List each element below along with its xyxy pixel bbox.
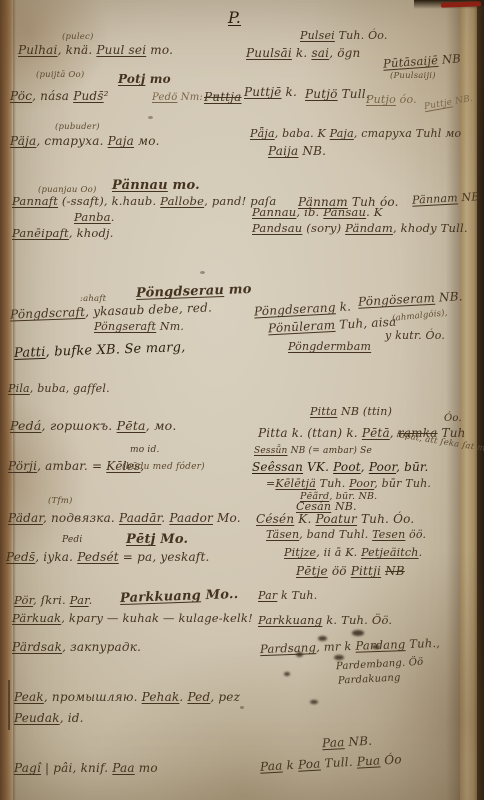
- text-segment: =: [266, 477, 275, 490]
- text-segment: Pulhai: [18, 43, 58, 57]
- text-segment: Poor: [369, 460, 396, 474]
- text-segment: , ögn: [329, 46, 360, 60]
- entry-poec-right3: Putjo óo.: [366, 94, 417, 105]
- text-segment: k: [282, 758, 298, 773]
- entry-poec-head: Potj mo: [118, 73, 171, 85]
- text-segment: , khody Tull.: [393, 221, 468, 235]
- text-segment: Pändam: [345, 221, 393, 235]
- entry-pannaft-left1: Pannaft (-ssaft), k.haub. Pallobe, pand!…: [12, 196, 276, 208]
- entry-pulhai-right2-note: (Puulsaiji): [390, 72, 436, 81]
- text-segment: Mo.: [213, 511, 241, 525]
- text-segment: :ahaft: [80, 294, 106, 304]
- text-segment: , мо.: [146, 418, 177, 433]
- text-segment: NB (= ambar) Se: [288, 446, 373, 456]
- text-segment: , ii ā K.: [316, 546, 361, 559]
- text-segment: Nm.: [156, 320, 184, 333]
- text-segment: Pagî: [14, 761, 41, 775]
- text-segment: Pännau: [112, 178, 168, 193]
- text-segment: mo.: [146, 43, 173, 57]
- text-segment: , id.: [60, 711, 84, 725]
- text-segment: (-ssaft), k.haub.: [58, 194, 160, 208]
- text-segment: Paa: [112, 761, 134, 775]
- text-segment: , buba, gaffel.: [30, 382, 110, 395]
- text-segment: , ib.: [296, 205, 323, 219]
- entry-pannaft-head: Pännau mo.: [112, 179, 200, 192]
- entry-poengdscraft-left1: Pöngdscraft, ykasaub debe, red.: [10, 301, 212, 320]
- text-segment: Pandsau: [252, 221, 302, 235]
- text-segment: Poa: [298, 757, 321, 772]
- entry-poec-left: Pöc, nása Puds̄²: [10, 90, 109, 102]
- text-segment: Putjo: [366, 93, 396, 106]
- text-segment: Petjeäitch: [361, 546, 419, 559]
- text-segment: Panēipaft: [12, 226, 69, 240]
- entry-pannaft-left2: Panba.: [74, 212, 115, 224]
- entry-poengdscraft-left2: Pöngseraft Nm.: [94, 321, 184, 332]
- text-segment: (ahmalgóis),: [392, 308, 449, 324]
- text-segment: , bufke XB. Se marg,: [45, 340, 185, 360]
- text-segment: ²: [104, 89, 109, 103]
- entry-peds-right1: Pitjze, ii ā K. Petjeäitch.: [284, 547, 422, 558]
- text-segment: (būdu med fóder): [122, 462, 205, 472]
- entry-paedar-note: (Tfm): [48, 497, 73, 506]
- entry-pagi-right1: Paa k Poa Tull. Pua Óo: [260, 753, 402, 772]
- text-segment: Paador: [169, 511, 213, 525]
- entry-poengdscraft-head: Pöngdserau mo: [136, 283, 252, 300]
- text-segment: Pētā: [362, 426, 390, 440]
- text-segment: NB: [457, 190, 479, 204]
- text-segment: sai: [311, 46, 329, 60]
- entry-paedar-left: Pädar, подвязка. Paadār. Paador Mo.: [8, 512, 241, 524]
- entry-pannaft-right2: Pandsau (sory) Pändam, khody Tull.: [252, 223, 468, 235]
- entry-peds-note: Pedi: [62, 536, 82, 545]
- text-segment: , ykasaub debe, red.: [85, 300, 212, 318]
- text-segment: , kpary — kuhak — kulage-kelk!: [61, 611, 253, 625]
- text-segment: Pör: [14, 593, 33, 607]
- text-segment: Mo.: [156, 532, 189, 547]
- text-segment: Pannaft: [12, 194, 58, 208]
- text-segment: k. Tuh. Öö.: [322, 613, 392, 627]
- entry-poer-left1: Pör, ſkri. Par.: [14, 595, 92, 607]
- text-segment: Pardsang: [260, 640, 317, 656]
- text-segment: (pulec): [62, 32, 93, 42]
- text-segment: Pedö: [152, 92, 177, 103]
- text-segment: NB.: [344, 734, 372, 749]
- text-segment: Tull.: [320, 755, 357, 771]
- entry-poec-note: (puijtā Oo): [36, 71, 84, 80]
- entry-poec-left-mid: Pedö Nm:: [152, 93, 203, 103]
- text-segment: , промышляю.: [44, 690, 142, 704]
- entry-poerji-note-top: mo id.: [130, 446, 160, 455]
- text-segment: NB.: [435, 289, 463, 304]
- entry-peds-right2: Pētje öö Pittji NB: [296, 565, 405, 577]
- text-segment: Parkkuang: [120, 588, 201, 606]
- text-segment: Peudak: [14, 711, 60, 725]
- text-segment: , būr Tuh.: [374, 477, 431, 490]
- text-segment: .: [111, 210, 115, 224]
- text-segment: Tuh.,: [405, 636, 440, 651]
- text-segment: Pädar: [8, 511, 43, 525]
- entry-pulhai-right: Puulsāi k. sai, ögn: [246, 47, 360, 59]
- text-segment: Pētj: [126, 532, 156, 547]
- text-segment: mo.: [168, 178, 200, 193]
- entry-poengdscraft-right2: Pönūleram Tuh, aisa: [268, 316, 397, 335]
- entry-paeja-right1: Pǟja, baba. K Paja, старуха Tuhl мо: [250, 128, 461, 139]
- text-segment: , ſkri.: [33, 593, 70, 607]
- ink-smudge: [310, 700, 318, 704]
- text-segment: Puulsāi: [246, 46, 292, 60]
- text-segment: NB (ttin): [337, 405, 392, 418]
- entry-peak-left1: Peak, промышляю. Pehak. Ped, pez: [14, 691, 240, 703]
- text-segment: , band Tuhl.: [299, 528, 372, 541]
- text-segment: Paija: [268, 144, 298, 158]
- entry-pulhai-left: Pulhai, knä. Puul sei mo.: [18, 44, 173, 56]
- text-segment: y kutr. Óo.: [385, 329, 445, 342]
- entry-poengdscraft-right3: Pöngdermbam: [288, 341, 371, 352]
- entry-paeja-note: (pubuder): [55, 123, 100, 132]
- entry-poerji-right2: =Kēlētjä Tuh. Poor, būr Tuh.: [266, 478, 431, 489]
- text-segment: Puttjē: [244, 85, 281, 99]
- ink-smudge: [334, 655, 344, 660]
- text-segment: k.: [292, 46, 312, 60]
- text-segment: .: [89, 593, 93, 607]
- text-segment: Paadār: [119, 511, 161, 525]
- text-segment: Potj: [118, 72, 145, 86]
- text-segment: Pöngdermbam: [288, 340, 371, 353]
- entry-peda-left: Pedá, горшокъ. Pēta, мо.: [10, 420, 177, 433]
- text-segment: Päja: [10, 134, 36, 148]
- text-segment: Nm:: [177, 92, 203, 103]
- text-segment: Peds̄: [6, 550, 35, 564]
- text-segment: Tuh. Óo.: [357, 512, 414, 526]
- entry-pagi-right0: Paa NB.: [322, 735, 373, 750]
- text-segment: Täsen: [266, 528, 299, 541]
- text-segment: Tesen: [372, 528, 405, 541]
- text-segment: = pa, yeskaft.: [119, 550, 210, 564]
- text-segment: Pöngdserang: [254, 300, 336, 318]
- entry-poengdscraft-right2c: y kutr. Óo.: [385, 330, 445, 341]
- entry-pannaft-left3: Panēipaft, khodj.: [12, 228, 114, 240]
- text-segment: Pörji: [8, 459, 37, 473]
- text-segment: , iyka.: [35, 550, 77, 564]
- entry-poec-right1: Puttjē k.: [244, 86, 297, 98]
- text-segment: mo id.: [130, 445, 160, 455]
- text-segment: (pubuder): [55, 122, 100, 132]
- text-segment: Pedá: [10, 418, 42, 433]
- text-segment: Puds̄: [73, 89, 103, 103]
- entry-poer-head: Parkkuang Mo..: [120, 588, 239, 605]
- text-segment: (sory): [302, 221, 345, 235]
- text-segment: , ambar. =: [37, 459, 106, 473]
- right-dark-edge: [477, 0, 484, 800]
- text-segment: óo.: [396, 93, 417, 106]
- text-segment: Paa: [322, 735, 345, 750]
- text-segment: Pitta k. (ttan) k.: [258, 426, 362, 440]
- text-segment: mo: [135, 761, 158, 775]
- entry-poengdscraft-note: :ahaft: [80, 295, 106, 304]
- entry-paedar-right2: Täsen, band Tuhl. Tesen öö.: [266, 529, 426, 540]
- text-segment: Pardang: [355, 637, 405, 653]
- text-segment: Pitjze: [284, 546, 316, 559]
- gutter-crease: [446, 0, 460, 800]
- text-segment: mo: [145, 72, 170, 86]
- text-segment: Pöngseraft: [94, 320, 156, 333]
- text-segment: , закпурадк.: [62, 640, 141, 654]
- text-segment: Pännam: [412, 191, 458, 206]
- entry-poec-left-struck: Puttja: [204, 91, 242, 103]
- entry-paedar-right0: Cesán NB.: [296, 501, 357, 512]
- text-segment: Pöc: [10, 89, 32, 103]
- text-segment: NB: [438, 51, 462, 67]
- text-segment: Par: [70, 593, 89, 607]
- entry-poerji-left-note: (būdu med fóder): [122, 463, 205, 472]
- text-segment: Panba: [74, 210, 111, 224]
- text-segment: Poatur: [316, 512, 357, 526]
- text-segment: , baba. K: [275, 127, 330, 140]
- text-segment: Par: [258, 589, 277, 602]
- text-segment: , khodj.: [69, 226, 114, 240]
- text-segment: Parkkuang: [258, 613, 322, 627]
- text-segment: Pǟja: [250, 127, 275, 140]
- text-segment: VK.: [303, 460, 333, 474]
- text-segment: Pöngdscraft: [10, 305, 86, 322]
- left-page-edge-shadow: [13, 0, 16, 800]
- text-segment: Pulsei: [300, 29, 335, 42]
- text-segment: (Tfm): [48, 496, 73, 506]
- text-segment: Kēlētjä: [275, 477, 316, 490]
- text-segment: Pöngdserau: [136, 283, 225, 301]
- text-segment: Pärdsak: [12, 640, 62, 654]
- text-segment: | pâi, knif.: [41, 761, 112, 775]
- text-segment: Patti: [14, 345, 46, 361]
- page-header-letter: P.: [228, 10, 241, 26]
- text-segment: Putjö: [305, 87, 338, 101]
- entry-pagi-left: Pagî | pâi, knif. Paa mo: [14, 762, 158, 774]
- entry-paeja-left: Päja, старуха. Paja мо.: [10, 135, 160, 147]
- text-segment: , būr.: [396, 460, 428, 474]
- text-segment: Pönūleram: [268, 318, 336, 336]
- text-segment: мо.: [134, 134, 160, 148]
- text-segment: , pez: [210, 690, 240, 704]
- text-segment: Peak: [14, 690, 44, 704]
- text-segment: öö: [328, 564, 351, 578]
- text-segment: Pūtāsaijē: [383, 53, 439, 71]
- entry-peds-head: Pētj Mo.: [126, 533, 188, 546]
- next-page-edge: [460, 0, 477, 800]
- entry-pila-left: Pila, buba, gaffel.: [8, 383, 110, 394]
- text-segment: Óo.: [444, 413, 462, 424]
- text-segment: Pitta: [310, 405, 337, 418]
- text-segment: NB: [385, 564, 405, 578]
- text-segment: k.: [335, 299, 351, 314]
- text-segment: Pardakuang: [338, 672, 401, 686]
- ink-speck: [240, 706, 244, 709]
- text-segment: , knä.: [58, 43, 97, 57]
- entry-poengdscraft-right2b: (ahmalgóis),: [392, 309, 448, 323]
- text-segment: Mo..: [201, 587, 239, 603]
- entry-pannaft-right1: Pannau, ib. Pänsau. K: [252, 207, 383, 219]
- text-segment: .: [419, 546, 423, 559]
- text-segment: Tull.: [338, 87, 370, 101]
- text-segment: Tuh.: [316, 477, 349, 490]
- text-segment: Pila: [8, 382, 30, 395]
- text-segment: K.: [294, 512, 315, 526]
- entry-pannaft-right-top2: Pännam NB: [412, 191, 480, 206]
- text-segment: Pittji: [351, 564, 381, 578]
- text-segment: Césén: [256, 512, 294, 526]
- entry-peak-bracket: [8, 680, 13, 730]
- entry-poer-right1: Par k Tuh.: [258, 590, 317, 601]
- entry-paerdsak-right3: Pardakuang: [338, 673, 401, 686]
- header-letter-text: P.: [228, 8, 241, 27]
- text-segment: k Tuh.: [277, 589, 317, 602]
- entry-peds-left: Peds̄, iyka. Pedsét = pa, yeskaft.: [6, 551, 210, 563]
- entry-paedar-right1: Césén K. Poatur Tuh. Óo.: [256, 513, 414, 525]
- text-segment: Poot: [333, 460, 361, 474]
- ink-smudge: [284, 672, 290, 676]
- text-segment: Paja: [330, 127, 354, 140]
- text-segment: ,: [361, 460, 369, 474]
- text-segment: Pöngöseram: [358, 291, 436, 309]
- text-segment: Paja: [108, 134, 134, 148]
- text-segment: Seêssan: [252, 460, 303, 474]
- entry-paerdsak-right2: Pardembang. Öö: [336, 658, 424, 673]
- entry-pulhai-right-top: Pulsei Tuh. Óo.: [300, 30, 388, 41]
- text-segment: . K: [366, 205, 383, 219]
- ink-speck: [148, 116, 153, 119]
- text-segment: Pardembang. Öö: [336, 657, 424, 673]
- text-segment: , старуха.: [36, 134, 107, 148]
- text-segment: Tuh. Óo.: [335, 29, 388, 42]
- text-segment: Óo: [380, 752, 402, 767]
- entry-peda-right1b: Óo.: [444, 414, 462, 424]
- ink-smudge: [352, 630, 364, 636]
- manuscript-photo: P. (pulec) Pulhai, knä. Puul sei mo. Pul…: [0, 0, 484, 800]
- text-segment: Pua: [356, 753, 380, 768]
- text-segment: Pētje: [296, 564, 328, 578]
- ink-speck: [200, 271, 205, 274]
- text-segment: (Puulsaiji): [390, 71, 436, 81]
- text-segment: , nása: [32, 89, 73, 103]
- entry-peak-left2: Peudak, id.: [14, 712, 84, 724]
- entry-paeja-right2: Paija NB.: [268, 145, 326, 157]
- text-segment: Pallobe: [160, 194, 204, 208]
- text-segment: , подвязка.: [43, 511, 119, 525]
- text-segment: , mr k: [316, 639, 356, 654]
- text-segment: , старуха Tuhl мо: [354, 127, 462, 140]
- text-segment: (puijtā Oo): [36, 70, 84, 80]
- entry-poec-right2: Putjö Tull.: [305, 88, 370, 100]
- entry-patti-left: Patti, bufke XB. Se marg,: [14, 341, 186, 360]
- text-segment: k.: [281, 85, 297, 99]
- text-segment: , горшокъ.: [42, 418, 117, 433]
- text-segment: öö.: [405, 528, 426, 541]
- text-segment: Pēta: [117, 418, 146, 433]
- text-segment: Pedi: [62, 535, 82, 545]
- text-segment: Puul sei: [96, 43, 146, 57]
- entry-poerji-right0: Sessǖn NB (= ambar) Se: [254, 447, 372, 456]
- text-segment: Sessǖn: [254, 446, 288, 456]
- text-segment: NB.: [298, 144, 326, 158]
- entry-paerdsak-left: Pärdsak, закпурадк.: [12, 641, 141, 653]
- text-segment: Ped: [187, 690, 210, 704]
- text-segment: Pannau: [252, 205, 296, 219]
- text-segment: Pänsau: [323, 205, 366, 219]
- text-segment: Pehak: [142, 690, 180, 704]
- entry-peda-right-top: Pitta NB (ttin): [310, 406, 392, 417]
- entry-poer-right2: Parkkuang k. Tuh. Öö.: [258, 615, 392, 627]
- text-segment: Paa: [260, 759, 283, 774]
- text-segment: Poor: [349, 477, 374, 490]
- entry-paerdsak-right1: Pardsang, mr k Pardang Tuh.,: [260, 638, 440, 656]
- entry-poengdscraft-right1: Pöngdserang k.: [254, 300, 352, 317]
- entry-poerji-right1: Seêssan VK. Poot, Poor, būr.: [252, 461, 429, 473]
- text-segment: Pedsét: [77, 550, 119, 564]
- entry-poer-left2: Pärkuak, kpary — kuhak — kulage-kelk!: [12, 613, 253, 625]
- entry-pulhai-note: (pulec): [62, 33, 93, 42]
- text-segment: Puttja: [204, 90, 242, 104]
- text-segment: Pärkuak: [12, 611, 61, 625]
- text-segment: mo: [224, 282, 252, 298]
